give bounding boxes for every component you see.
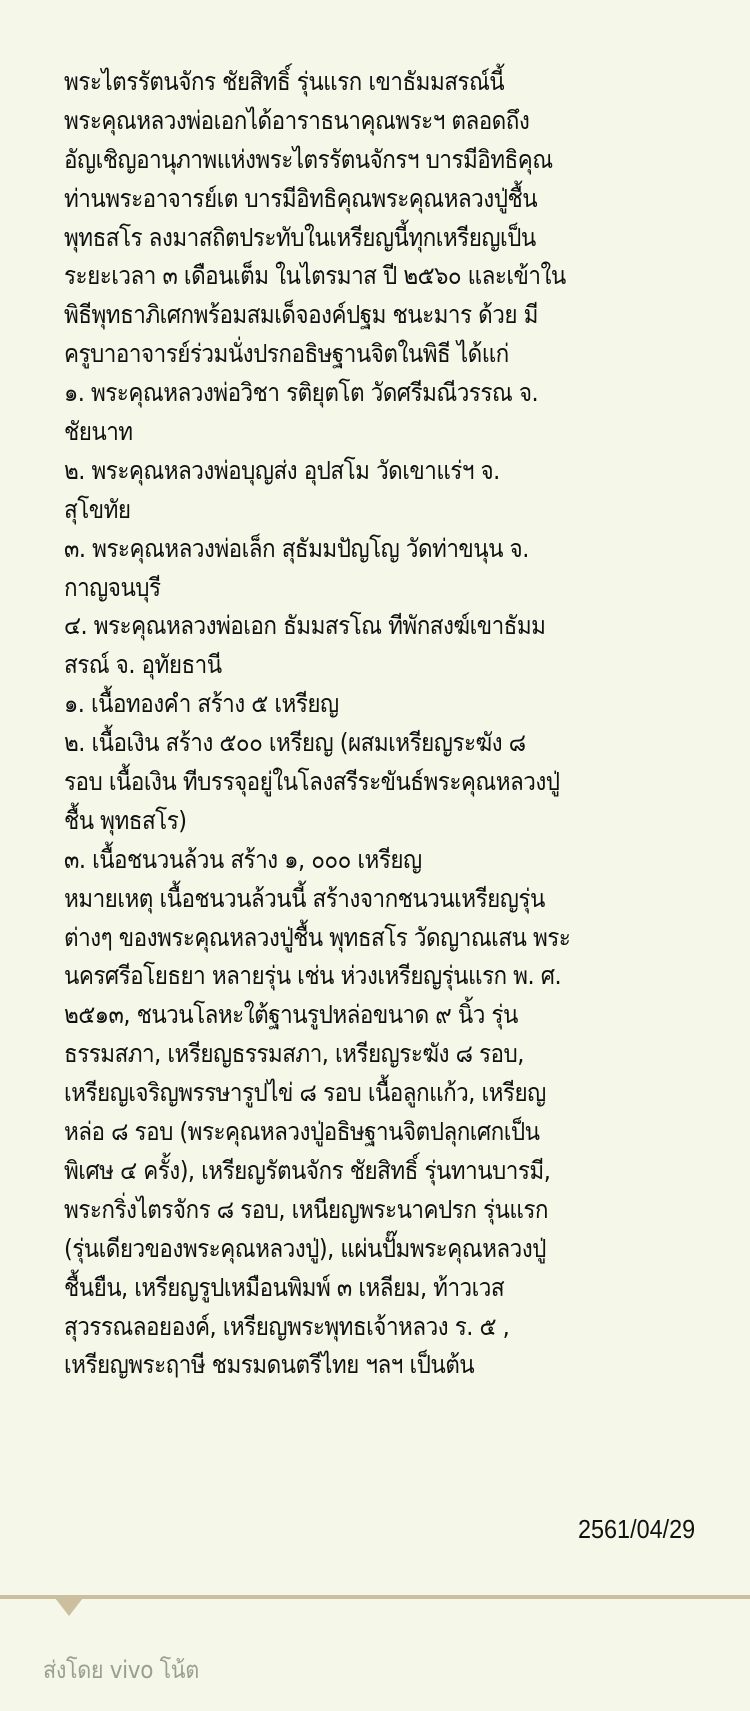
note-line: รอบ เนื้อเงิน ทีบรรจุอยู่ในโลงสรีระขันธ์…	[64, 763, 658, 802]
note-line: ๓. เนื้อชนวนล้วน สร้าง ๑, ๐๐๐ เหรียญ	[64, 841, 658, 880]
note-line: พระไตรรัตนจักร ชัยสิทธิ์ รุ่นแรก เขาธัมม…	[64, 63, 658, 102]
note-line: เหรียญพระฤาษี ชมรมดนตรีไทย ฯลฯ เป็นต้น	[64, 1346, 658, 1385]
note-line: ๑. พระคุณหลวงพ่อวิชา รติยุตโต วัดศรีมณีว…	[64, 374, 658, 413]
note-line: ชัยนาท	[64, 413, 658, 452]
note-line: นครศรีอโยธยา หลายรุ่น เช่น ห่วงเหรียญรุ่…	[64, 957, 658, 996]
note-line: ชื้นยืน, เหรียญรูปเหมือนพิมพ์ ๓ เหลียม, …	[64, 1269, 658, 1308]
pointer-triangle-icon	[55, 1598, 83, 1616]
note-line: หล่อ ๘ รอบ (พระคุณหลวงปู่อธิษฐานจิตปลุกเ…	[64, 1113, 658, 1152]
note-line: ระยะเวลา ๓ เดือนเต็ม ในไตรมาส ปี ๒๕๖๐ แล…	[64, 257, 658, 296]
note-line: พิธีพุทธาภิเศกพร้อมสมเด็จองค์ปฐม ชนะมาร …	[64, 296, 658, 335]
note-line: ๔. พระคุณหลวงพ่อเอก ธัมมสรโณ ทีพักสงฆ์เข…	[64, 607, 658, 646]
note-line: กาญจนบุรี	[64, 569, 658, 608]
note-line: ๑. เนื้อทองคำ สร้าง ๕ เหรียญ	[64, 685, 658, 724]
sent-by-signature: ส่งโดย vivo โน้ต	[43, 1650, 199, 1689]
note-line: (รุ่นเดียวของพระคุณหลวงปู่), แผ่นปั๊มพระ…	[64, 1230, 658, 1269]
note-line: ต่างๆ ของพระคุณหลวงปู่ชื้น พุทธสโร วัดญา…	[64, 919, 658, 958]
note-line: ธรรมสภา, เหรียญธรรมสภา, เหรียญระฆัง ๘ รอ…	[64, 1035, 658, 1074]
note-line: อัญเชิญอานุภาพแห่งพระไตรรัตนจักรฯ บารมีอ…	[64, 141, 658, 180]
note-line: หมายเหตุ เนื้อชนวนล้วนนี้ สร้างจากชนวนเห…	[64, 880, 658, 919]
divider	[0, 1595, 750, 1599]
note-line: ท่านพระอาจารย์เต บารมีอิทธิคุณพระคุณหลวง…	[64, 180, 658, 219]
note-line: พิเศษ ๔ ครั้ง), เหรียญรัตนจักร ชัยสิทธิ์…	[64, 1152, 658, 1191]
note-line: พระกริ่งไตรจักร ๘ รอบ, เหนียญพระนาคปรก ร…	[64, 1191, 658, 1230]
note-line: เหรียญเจริญพรรษารูปไข่ ๘ รอบ เนื้อลูกแก้…	[64, 1074, 658, 1113]
note-line: ๓. พระคุณหลวงพ่อเล็ก สุธัมมปัญโญ วัดท่าข…	[64, 530, 658, 569]
note-line: สุวรรณลอยองค์, เหรียญพระพุทธเจ้าหลวง ร. …	[64, 1308, 658, 1347]
note-line: ชื้น พุทธสโร)	[64, 802, 658, 841]
note-line: ๒. พระคุณหลวงพ่อบุญส่ง อุปสโม วัดเขาแร่ฯ…	[64, 452, 658, 491]
note-line: ๒๕๑๓, ชนวนโลหะใต้ฐานรูปหล่อขนาด ๙ นิ้ว ร…	[64, 996, 658, 1035]
note-line: สรณ์ จ. อุทัยธานี	[64, 646, 658, 685]
note-line: พุทธสโร ลงมาสถิตประทับในเหรียญนี้ทุกเหรี…	[64, 219, 658, 258]
note-body: พระไตรรัตนจักร ชัยสิทธิ์ รุ่นแรก เขาธัมม…	[64, 63, 724, 1385]
note-date: 2561/04/29	[578, 1514, 695, 1545]
note-line: พระคุณหลวงพ่อเอกได้อาราธนาคุณพระฯ ตลอดถึ…	[64, 102, 658, 141]
note-line: สุโขทัย	[64, 491, 658, 530]
note-line: ๒. เนื้อเงิน สร้าง ๕๐๐ เหรียญ (ผสมเหรียญ…	[64, 724, 658, 763]
note-line: ครูบาอาจารย์ร่วมนั่งปรกอธิษฐานจิตในพิธี …	[64, 335, 658, 374]
